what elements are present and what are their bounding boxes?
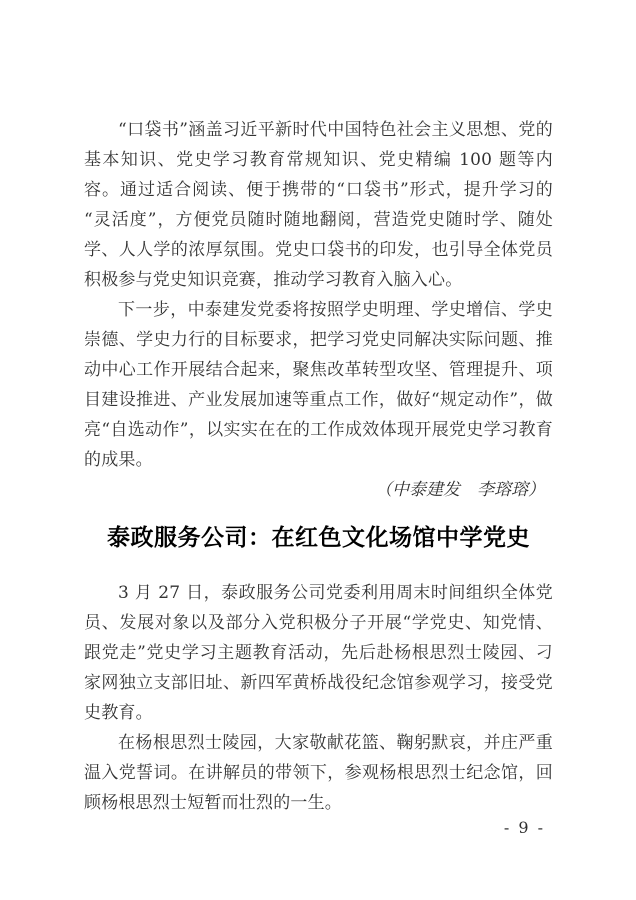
document-body: “口袋书”涵盖习近平新时代中国特色社会主义思想、党的基本知识、党史学习教育常规知…: [84, 115, 553, 818]
body-paragraph: “口袋书”涵盖习近平新时代中国特色社会主义思想、党的基本知识、党史学习教育常规知…: [84, 115, 553, 295]
body-paragraph: 在杨根思烈士陵园，大家敬献花篮、鞠躬默哀，并庄严重温入党誓词。在讲解员的带领下，…: [84, 728, 553, 818]
body-paragraph: 3 月 27 日，泰政服务公司党委利用周末时间组织全体党员、发展对象以及部分入党…: [84, 578, 553, 728]
article-title: 泰政服务公司：在红色文化场馆中学党史: [84, 521, 553, 555]
article-byline: （中泰建发 李瑢瑢）: [84, 475, 553, 505]
body-paragraph: 下一步，中泰建发党委将按照学史明理、学史增信、学史崇德、学史力行的目标要求，把学…: [84, 295, 553, 475]
page-footer: - 9 -: [84, 813, 553, 843]
document-page: “口袋书”涵盖习近平新时代中国特色社会主义思想、党的基本知识、党史学习教育常规知…: [0, 0, 636, 900]
page-number: - 9 -: [504, 818, 545, 837]
